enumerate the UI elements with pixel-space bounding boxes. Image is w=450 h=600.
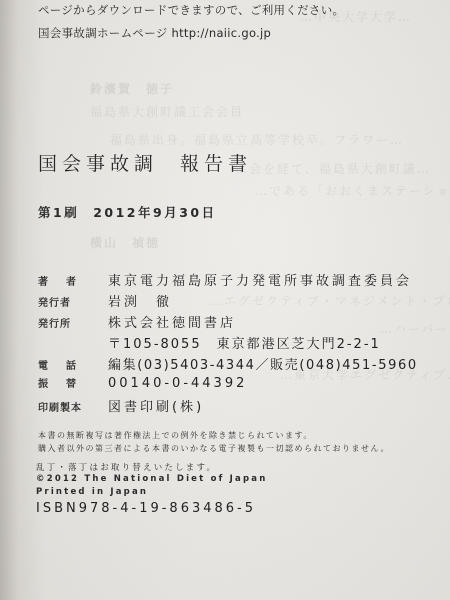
colophon-row-publisher: 発行者 岩渕 徹 [38, 291, 172, 310]
show-through-text: …エグゼクティブ・マネジメント・プログラ… [210, 292, 450, 309]
colophon-label: 発行所 [38, 315, 108, 330]
copyright-line: ©2012 The National Diet of Japan [36, 474, 267, 484]
colophon-value: 図書印刷(株) [108, 396, 204, 415]
title-main: 国会事故調 [38, 153, 158, 175]
colophon-row-publishing-house: 発行所 株式会社徳間書店 [38, 312, 236, 331]
show-through-text: 鈴濱賀 徳子 [90, 80, 174, 97]
book-title: 国会事故調報告書 [38, 149, 252, 176]
intro-homepage-url: 国会事故調ホームページ http://naiic.go.jp [38, 25, 271, 41]
show-through-text: 福島県大創町議工会会員 [90, 103, 244, 120]
colophon-label: 発行者 [38, 294, 108, 309]
printed-in-line: Printed in Japan [36, 487, 148, 497]
colophon-value: 東京電力福島原子力発電所事故調査委員会 [108, 270, 412, 289]
colophon-value: 編集(03)5403-4344／販売(048)451-5960 [108, 354, 418, 373]
colophon-value: 00140-0-44392 [108, 376, 247, 391]
title-sub: 報告書 [180, 153, 252, 175]
isbn: ISBN978-4-19-863486-5 [36, 501, 256, 516]
colophon-value: 株式会社徳間書店 [108, 312, 236, 331]
show-through-text: …ハーバード… [380, 320, 450, 337]
show-through-text: 横山 禎徳 [90, 234, 160, 251]
colophon-row-author: 著 者 東京電力福島原子力発電所事故調査委員会 [38, 270, 412, 289]
copy-notice-1: 本書の無断複写は著作権法上での例外を除き禁じられています。 [38, 430, 313, 441]
show-through-text: …会を経て、福島県大創町議… [235, 160, 431, 177]
colophon-row-phone: 電 話 編集(03)5403-4344／販売(048)451-5960 [38, 354, 418, 373]
colophon-row-transfer: 振 替 00140-0-44392 [38, 375, 247, 391]
printing-info: 第1刷2012年9月30日 [38, 203, 217, 221]
colophon-label: 電 話 [38, 357, 108, 372]
printing-edition: 第1刷 [38, 205, 79, 220]
show-through-text: …である「おおくまステーション… [255, 182, 450, 199]
replacement-notice: 乱丁・落丁はお取り替えいたします。 [36, 461, 217, 473]
colophon-label: 印刷製本 [38, 399, 108, 414]
printing-date: 2012年9月30日 [93, 205, 216, 220]
colophon-label: 著 者 [38, 273, 108, 288]
colophon-value: 岩渕 徹 [108, 291, 172, 310]
colophon-value: 〒105-8055 東京都港区芝大門2-2-1 [108, 333, 381, 352]
show-through-text: 福島県出身。福島県立高等学校卒。フラワー… [110, 131, 404, 148]
colophon-row-printing-binding: 印刷製本 図書印刷(株) [38, 396, 204, 415]
colophon-row-address: 〒105-8055 東京都港区芝大門2-2-1 [38, 333, 381, 352]
copy-notice-2: 購入者以外の第三者による本書のいかなる電子複製も一切認められておりません。 [38, 443, 390, 454]
intro-download-note: ページからダウンロードできますので、ご利用ください。 [38, 2, 344, 18]
colophon-label: 振 替 [38, 375, 108, 390]
